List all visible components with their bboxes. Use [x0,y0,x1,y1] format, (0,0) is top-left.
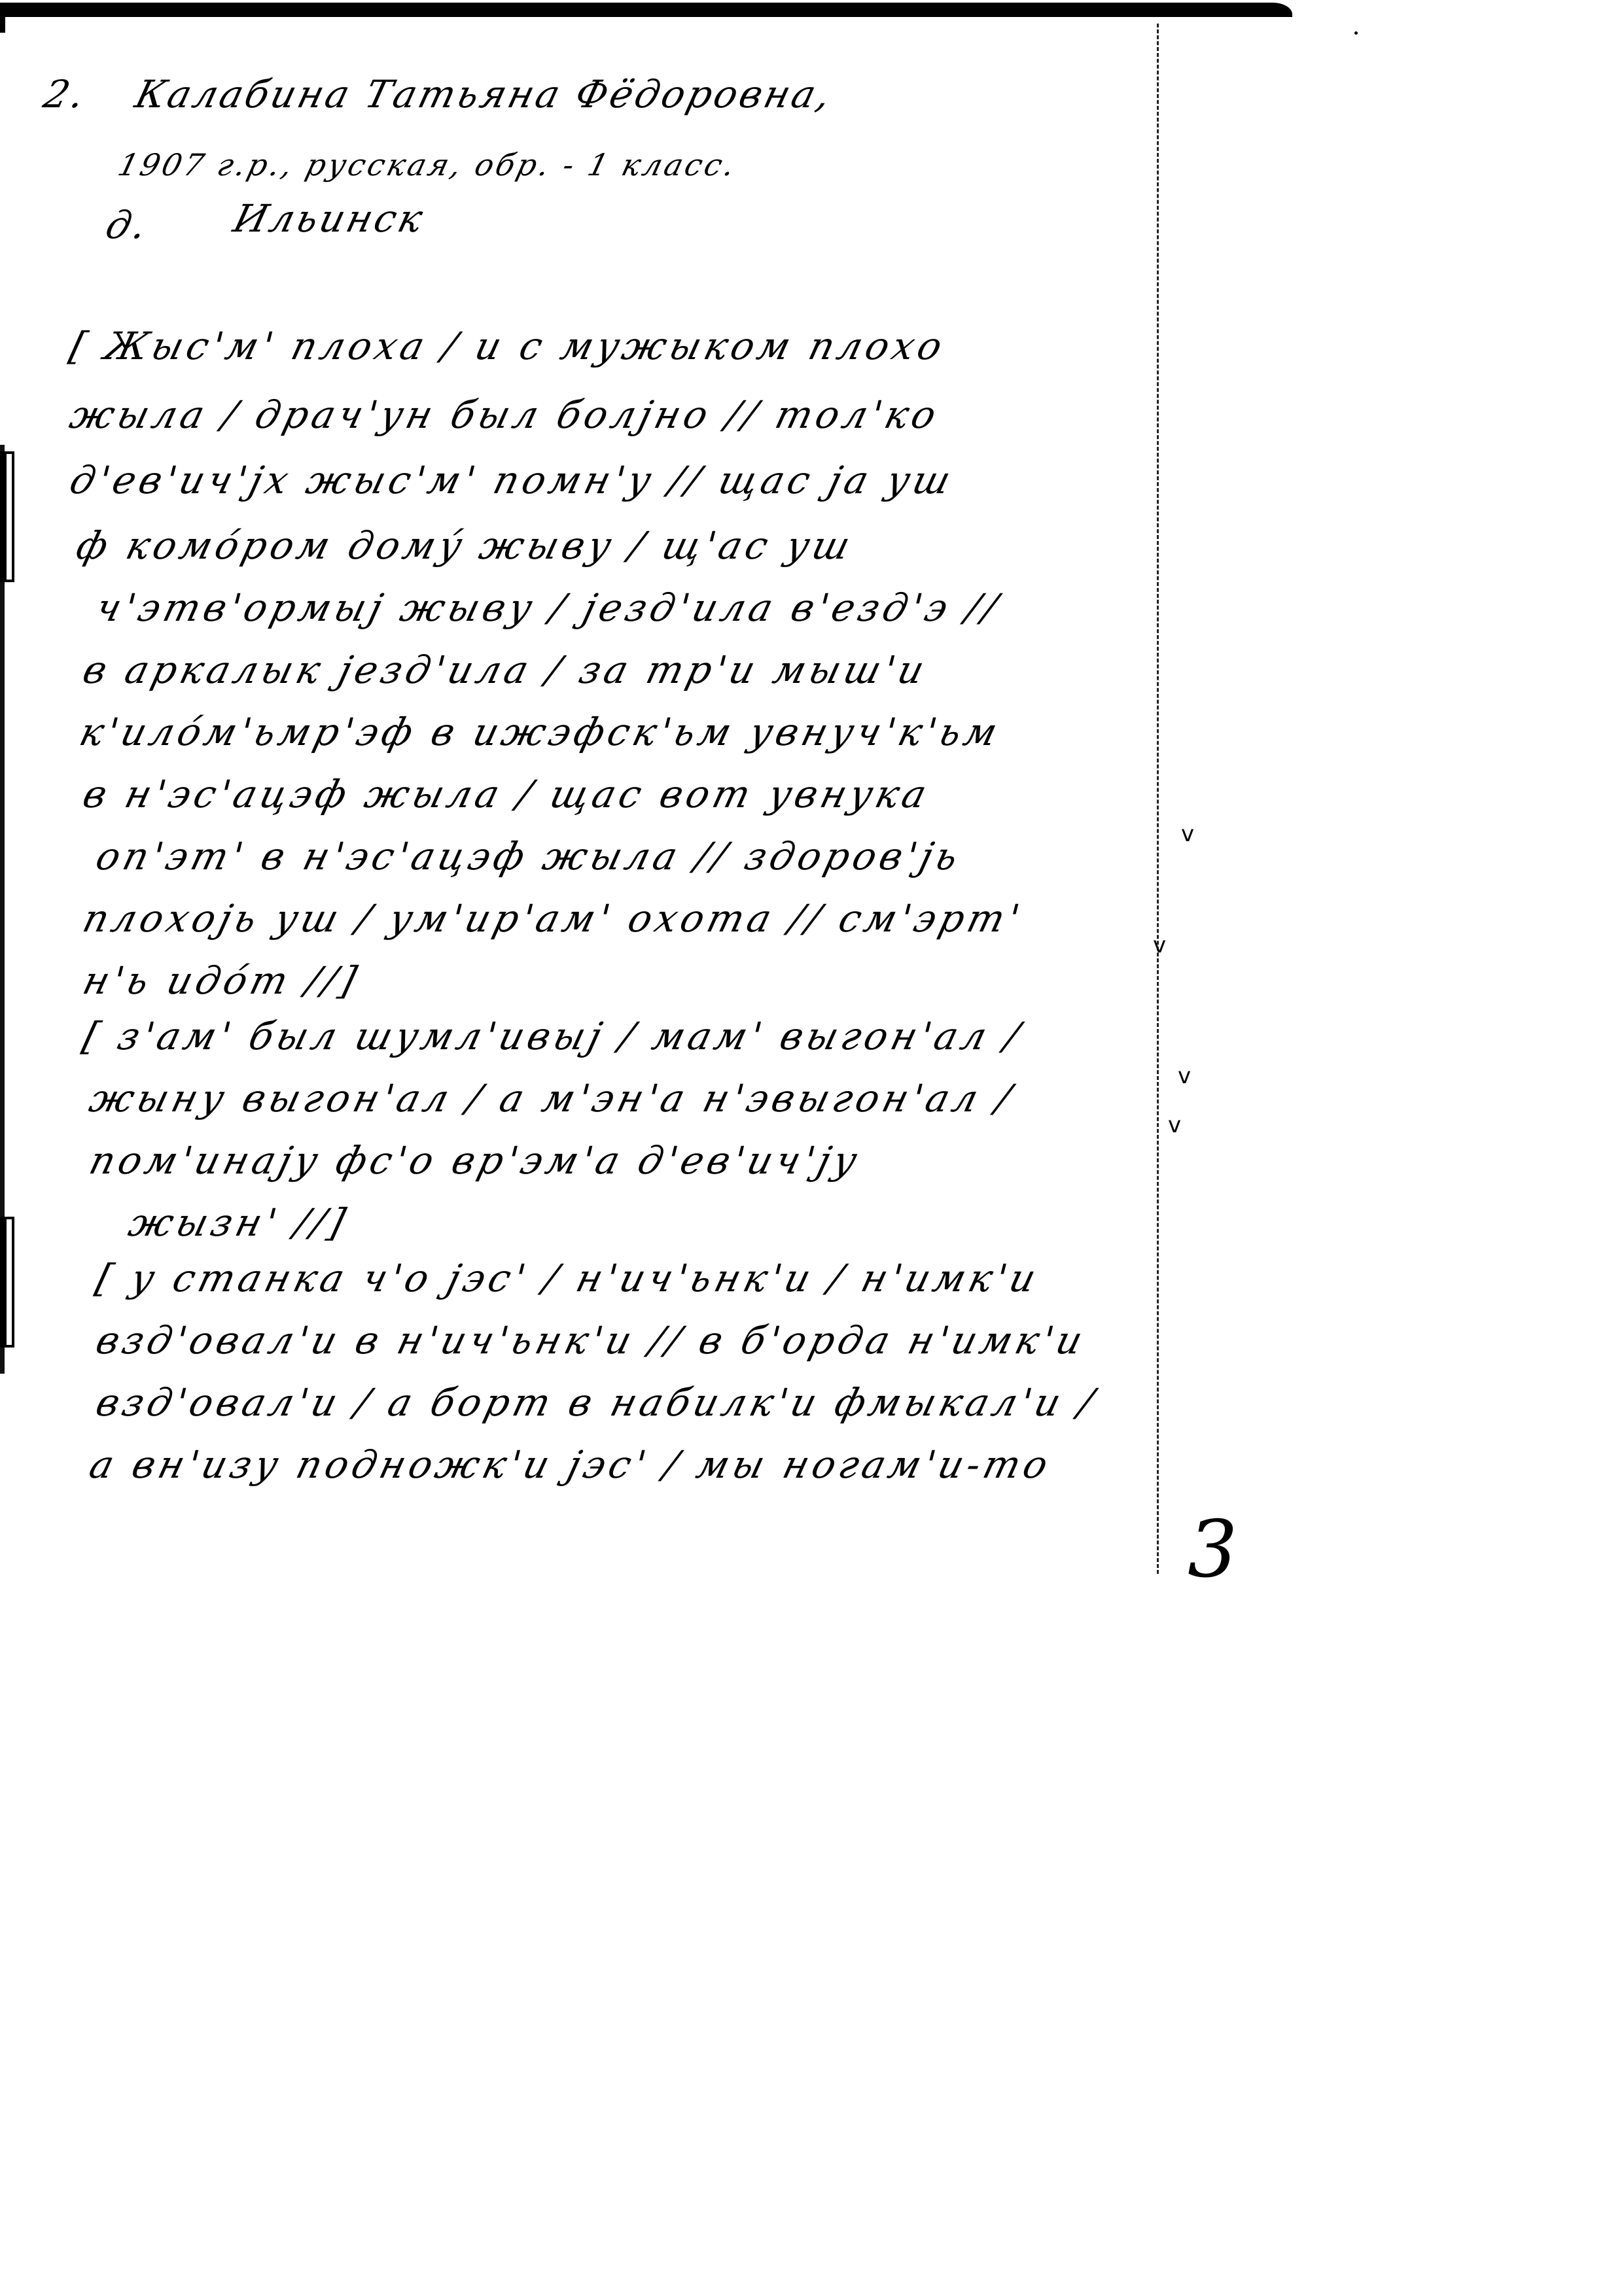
check-mark: v [1178,1063,1191,1089]
transcript-line: ф комóром домý жыву / щ'ас уш [72,523,858,568]
transcript-line: в аркалык jезд'ила / за тр'и мыш'и [79,648,932,692]
transcript-line: в н'эс'ацэф жыла / щас вот увнука [79,772,935,816]
transcript-line: [ у станка ч'о jэс' / н'ич'ьнк'и / н'имк… [92,1256,1044,1300]
binding-clip-lower [0,1217,14,1348]
margin-line [1157,24,1159,1574]
transcript-line: взд'овал'и / а борт в набилк'и фмыкал'и … [92,1380,1102,1425]
transcript-line: н'ь идóm //] [79,958,364,1003]
transcript-line: ч'эmв'ормыj жыву / jезд'ила в'езд'э // [92,585,1006,630]
informant-number: 2. [39,72,92,116]
scan-shadow-corner [0,13,5,33]
check-mark: v [1168,1112,1181,1138]
informant-name: Калабина Татьяна Фёдоровна, [131,72,838,116]
transcript-line: жыну выгон'ал / а м'эн'а н'эвыгон'ал / [85,1076,1019,1121]
transcript-line: д'ев'ич'jх жыс'м' помн'у // щас jа уш [65,458,959,502]
scan-speck [1354,31,1358,35]
transcript-line: жызн' //] [124,1200,353,1245]
check-mark: v [1181,821,1194,847]
transcript-line: а вн'изу подножк'и jэс' / мы ногам'и-то [85,1442,1056,1487]
transcript-line: взд'овал'и в н'ич'ьнк'и // в б'орда н'им… [92,1318,1091,1363]
transcript-line: к'илóм'ьмр'эф в ижэфск'ьм увнуч'к'ьм [75,710,1006,754]
check-mark: v [1153,932,1166,958]
village-name: Ильинск [229,196,430,241]
transcript-line: пом'инаjу фс'о вр'эм'а д'ев'ич'jу [85,1138,866,1183]
informant-details: 1907 г.р., русская, обр. - 1 класс. [115,147,741,183]
scan-shadow-top [0,3,1292,17]
transcript-line: плохоjь уш / ум'ир'ам' охота // см'эрт' [79,896,1028,941]
scanned-page: 2. Калабина Татьяна Фёдоровна, 1907 г.р.… [0,0,1607,2296]
binding-clip-upper [0,451,14,582]
transcript-line: оп'эт' в н'эс'ацэф жыла // здоров'jь [92,834,966,878]
village-prefix: д. [101,203,154,247]
transcript-line: [ з'ам' был шумл'ивыj / мам' выгон'ал / [79,1014,1028,1058]
transcript-line: жыла / драч'ун был болjно // тол'ко [65,392,944,437]
page-number: 3 [1188,1505,1237,1595]
transcript-line: [ Жыс'м' плоха / и с мужыком плохо [65,324,951,368]
